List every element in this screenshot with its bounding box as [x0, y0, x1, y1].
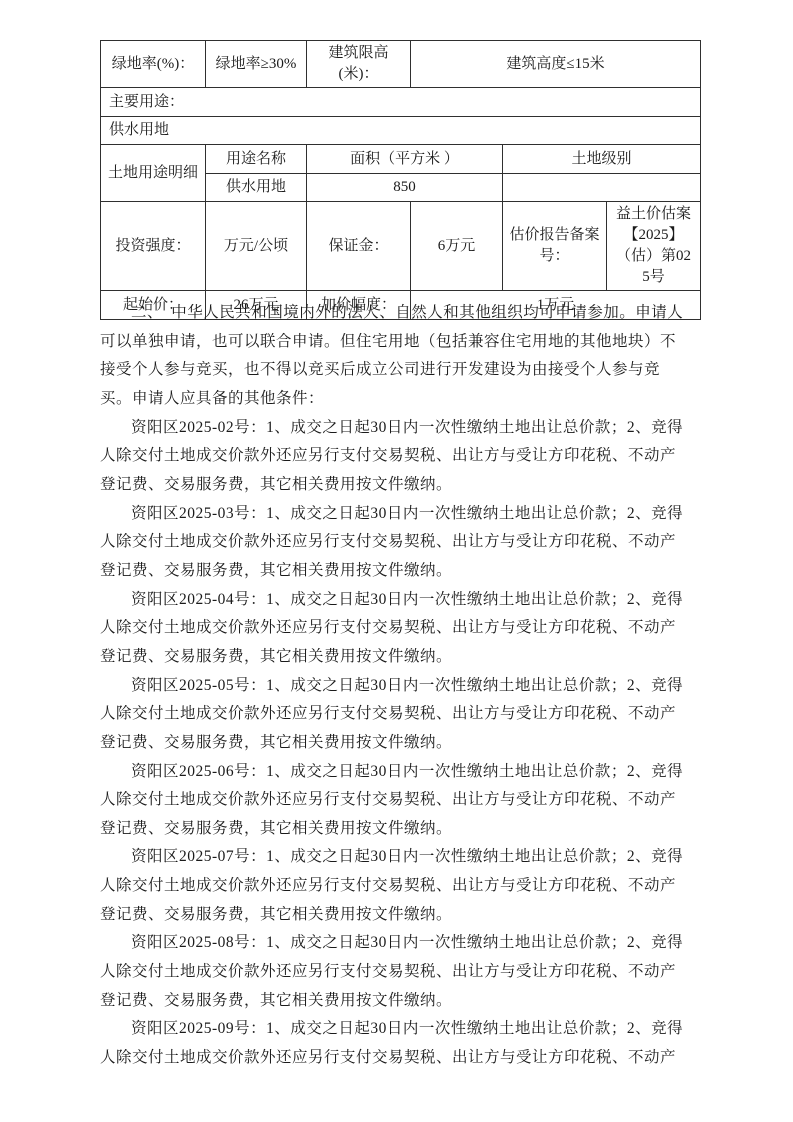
paragraph-plot-2025-09: 资阳区2025-09号：1、成交之日起30日内一次性缴纳土地出让总价款；2、竞得… [100, 1015, 704, 1072]
paragraph-plot-2025-06: 资阳区2025-06号：1、成交之日起30日内一次性缴纳土地出让总价款；2、竞得… [100, 758, 704, 844]
cell-deposit-value: 6万元 [411, 202, 503, 291]
body-text: 二、 中华人民共和国境内外的法人、自然人和其他组织均可申请参加。申请人 可以单独… [100, 299, 704, 1073]
cell-use-name-value: 供水用地 [206, 174, 307, 202]
cell-height-limit-label: 建筑限高(米)： [307, 41, 411, 88]
cell-deposit-label: 保证金： [307, 202, 411, 291]
cell-greening-value: 绿地率≥30% [206, 41, 307, 88]
paragraph-plot-2025-03: 资阳区2025-03号：1、成交之日起30日内一次性缴纳土地出让总价款；2、竞得… [100, 500, 704, 586]
cell-col-area: 面积（平方米 ） [307, 145, 503, 174]
cell-investment-unit: 万元/公顷 [206, 202, 307, 291]
table-row-investment: 投资强度： 万元/公顷 保证金： 6万元 估价报告备案号： 益土价估案【2025… [101, 202, 701, 291]
paragraph-plot-2025-02: 资阳区2025-02号：1、成交之日起30日内一次性缴纳土地出让总价款；2、竞得… [100, 414, 704, 500]
table-row-greening: 绿地率(%)： 绿地率≥30% 建筑限高(米)： 建筑高度≤15米 [101, 41, 701, 88]
cell-main-use-value: 供水用地 [101, 117, 701, 145]
cell-main-use-label: 主要用途： [101, 88, 701, 117]
paragraph-clause-2: 二、 中华人民共和国境内外的法人、自然人和其他组织均可申请参加。申请人 可以单独… [100, 299, 704, 414]
table-row-main-use-value: 供水用地 [101, 117, 701, 145]
cell-col-use-name: 用途名称 [206, 145, 307, 174]
table-row-use-detail-header: 土地用途明细 用途名称 面积（平方米 ） 土地级别 [101, 145, 701, 174]
cell-height-limit-value: 建筑高度≤15米 [411, 41, 701, 88]
document-page: 绿地率(%)： 绿地率≥30% 建筑限高(米)： 建筑高度≤15米 主要用途： … [0, 0, 793, 1122]
cell-report-label: 估价报告备案号： [503, 202, 607, 291]
paragraph-plot-2025-04: 资阳区2025-04号：1、成交之日起30日内一次性缴纳土地出让总价款；2、竞得… [100, 586, 704, 672]
table-row-main-use-label: 主要用途： [101, 88, 701, 117]
cell-greening-label: 绿地率(%)： [101, 41, 206, 88]
paragraph-plot-2025-08: 资阳区2025-08号：1、成交之日起30日内一次性缴纳土地出让总价款；2、竞得… [100, 929, 704, 1015]
cell-area-value: 850 [307, 174, 503, 202]
paragraph-plot-2025-05: 资阳区2025-05号：1、成交之日起30日内一次性缴纳土地出让总价款；2、竞得… [100, 672, 704, 758]
cell-investment-label: 投资强度： [101, 202, 206, 291]
cell-col-land-grade: 土地级别 [503, 145, 701, 174]
cell-land-grade-value [503, 174, 701, 202]
land-info-table: 绿地率(%)： 绿地率≥30% 建筑限高(米)： 建筑高度≤15米 主要用途： … [100, 40, 701, 320]
cell-report-value: 益土价估案【2025】（估）第025号 [607, 202, 701, 291]
cell-use-detail-label: 土地用途明细 [101, 145, 206, 202]
paragraph-plot-2025-07: 资阳区2025-07号：1、成交之日起30日内一次性缴纳土地出让总价款；2、竞得… [100, 843, 704, 929]
